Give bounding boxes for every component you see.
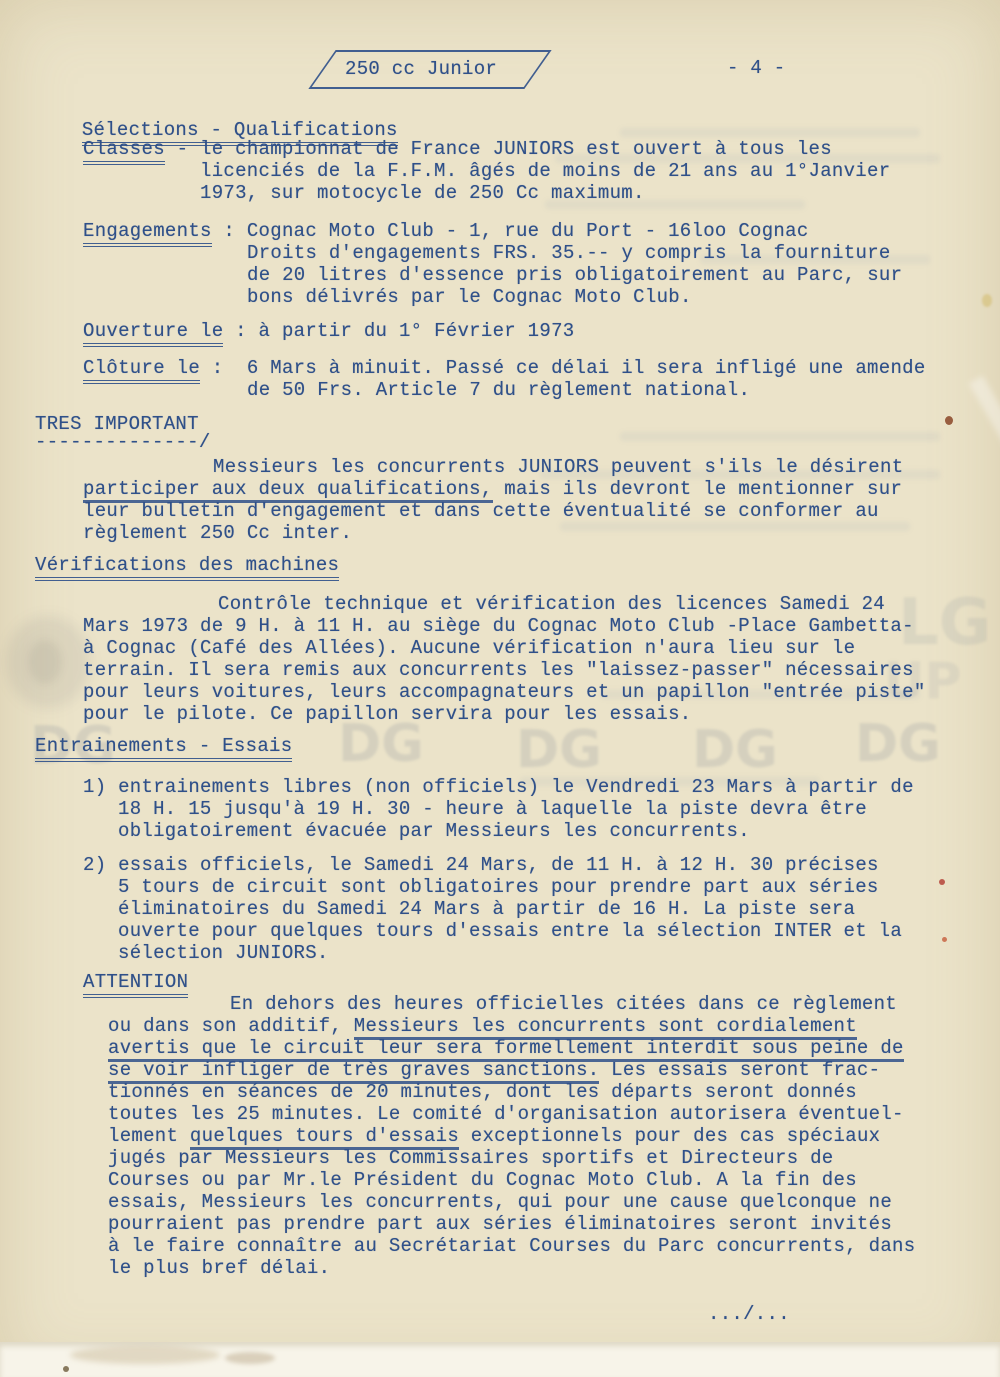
attention-line-7: lement quelques tours d'essais exception… [108,1125,880,1147]
continuation-mark: .../... [708,1303,790,1325]
cloture-line-1-rest: : 6 Mars à minuit. Passé ce délai il ser… [200,357,926,379]
classes-line-1: Classes - le championnat de France JUNIO… [83,138,832,160]
verifications-line-5: pour leurs voitures, leurs accompagnateu… [83,681,926,703]
entrainements-item2-line-1: 2) essais officiels, le Samedi 24 Mars, … [83,854,879,876]
stain-blob [225,1352,275,1364]
attention-line-4-rest: Les essais seront frac- [599,1059,880,1081]
attention-line-7-plain: lement [108,1125,190,1147]
bleedthrough-smudge [620,432,940,441]
verifications-line-6: pour le pilote. Ce papillon servira pour… [83,703,692,725]
attention-line-2: ou dans son additif, Messieurs les concu… [108,1015,857,1037]
entrainements-heading: Entrainements - Essais [35,735,292,757]
classes-line-3: 1973, sur motocycle de 250 Cc maximum. [200,182,645,204]
entrainements-heading-text: Entrainements - Essais [35,735,292,762]
engagements-line-4: bons délivrés par le Cognac Moto Club. [247,286,692,308]
ghost-stamp-dg: DG [692,720,778,780]
stain-blob [70,1346,220,1364]
tres-important-line-2: participer aux deux qualifications, mais… [83,478,902,500]
engagements-line-3: de 20 litres d'essence pris obligatoirem… [247,264,902,286]
verifications-heading-text: Vérifications des machines [35,554,339,581]
bleedthrough-smudge [560,522,910,531]
attention-heading-text: ATTENTION [83,971,188,998]
verifications-line-1: Contrôle technique et vérification des l… [218,593,885,615]
attention-line-11: pourraient pas prendre part aux séries é… [108,1213,892,1235]
attention-line-10: essais, Messieurs les concurrents, qui p… [108,1191,892,1213]
ghost-stamp-dg: DG [516,720,602,780]
engagements-line-1: Engagements : Cognac Moto Club - 1, rue … [83,220,809,242]
bleedthrough-photo-blob [28,640,62,684]
attention-line-1: En dehors des heures officielles citées … [230,993,897,1015]
attention-line-3: avertis que le circuit leur sera formell… [108,1037,904,1059]
entrainements-item2-line-2: 5 tours de circuit sont obligatoires pou… [118,876,879,898]
ghost-stamp-dg: DG [855,714,941,774]
entrainements-item1-line-2: 18 H. 15 jusqu'à 19 H. 30 - heure à laqu… [118,798,867,820]
cloture-line-2: de 50 Frs. Article 7 du règlement nation… [247,379,750,401]
classes-line-1-rest: - le championnat de France JUNIORS est o… [165,138,832,160]
attention-line-8: jugés par Messieurs les Commissaires spo… [108,1147,834,1169]
entrainements-item2-line-3: éliminatoires du Samedi 24 Mars à partir… [118,898,855,920]
entrainements-item1-line-1: 1) entrainements libres (non officiels) … [83,776,914,798]
attention-line-2-plain: ou dans son additif, [108,1015,354,1037]
verifications-line-3: à Cognac (Café des Allées). Aucune vérif… [83,637,855,659]
verifications-line-2: Mars 1973 de 9 H. à 11 H. au siège du Co… [83,615,914,637]
bleedthrough-smudge [620,128,920,137]
ouverture-rest: : à partir du 1° Février 1973 [223,320,574,342]
verifications-heading: Vérifications des machines [35,554,339,576]
attention-heading: ATTENTION [83,971,188,993]
category-tag-label: 250 cc Junior [345,58,497,80]
attention-line-12: à le faire connaître au Secrétariat Cour… [108,1235,915,1257]
stain-speck [942,937,947,942]
classes-line-2: licenciés de la F.F.M. âgés de moins de … [200,160,890,182]
tres-important-line-1: Messieurs les concurrents JUNIORS peuven… [213,456,903,478]
attention-line-6: toutes les 25 minutes. Le comité d'organ… [108,1103,904,1125]
entrainements-item1-line-3: obligatoirement évacuée par Messieurs le… [118,820,750,842]
attention-line-7-rest: exceptionnels pour des cas spéciaux [459,1125,880,1147]
attention-line-9: Courses ou par Mr.le Président du Cognac… [108,1169,857,1191]
page-number: - 4 - [727,57,786,79]
tres-important-line-2-rest: mais ils devront le mentionner sur [493,478,903,500]
engagements-line-2: Droits d'engagements FRS. 35.-- y compri… [247,242,891,264]
attention-line-13: le plus bref délai. [108,1257,330,1279]
engagements-label: Engagements [83,220,212,247]
cloture-label: Clôture le [83,357,200,384]
stain-speck [945,416,953,425]
attention-line-4: se voir infliger de très graves sanction… [108,1059,880,1081]
stain-speck [63,1366,69,1372]
stain-speck [982,294,992,307]
stain-speck [939,879,945,885]
classes-label: Classes [83,138,165,165]
entrainements-item2-line-4: ouverte pour quelques tours d'essais ent… [118,920,902,942]
document-page: DG DG DG DG DG LG UP 250 cc Junior - 4 -… [0,0,1000,1377]
tres-important-dashes: --------------/ [35,431,211,453]
ouverture-line: Ouverture le : à partir du 1° Février 19… [83,320,575,342]
entrainements-item2-line-5: sélection JUNIORS. [118,942,329,964]
ouverture-label: Ouverture le [83,320,223,347]
engagements-line-1-rest: : Cognac Moto Club - 1, rue du Port - 16… [212,220,809,242]
tres-important-line-3: leur bulletin d'engagement et dans cette… [83,500,879,522]
attention-line-5: tionnés en séances de 20 minutes, dont l… [108,1081,857,1103]
verifications-line-4: terrain. Il sera remis aux concurrents l… [83,659,914,681]
paper-crease [969,376,1000,501]
scan-bottom-edge [0,1342,1000,1377]
cloture-line-1: Clôture le : 6 Mars à minuit. Passé ce d… [83,357,926,379]
tres-important-line-4: règlement 250 Cc inter. [83,522,352,544]
